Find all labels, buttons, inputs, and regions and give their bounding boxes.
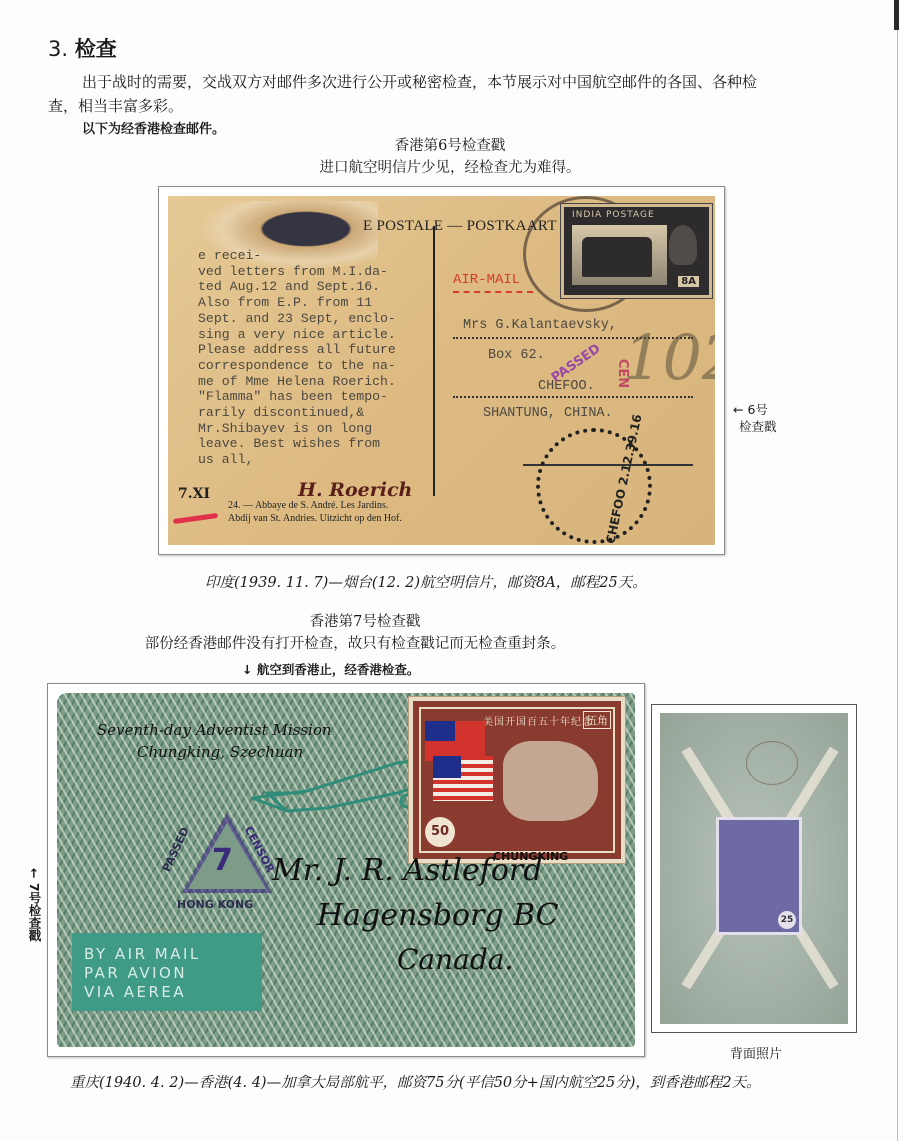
- recipient-line3: Canada.: [397, 943, 513, 976]
- item1-caption: 印度(1939. 11. 7)—烟台(12. 2)航空明信片，邮资8A，邮程25…: [205, 571, 647, 592]
- stamp-value: 50: [425, 817, 455, 847]
- stamp-denomination: 伍角: [583, 711, 611, 729]
- address-line2: Box 62.: [488, 348, 545, 363]
- intro-paragraph-line1: 出于战时的需要，交战双方对邮件多次进行公开或秘密检查，本节展示对中国航空邮件的各…: [48, 70, 848, 94]
- section-title: 3. 检查: [48, 33, 117, 63]
- hongkong-censor-7-mark: 7 PASSED CENSOR HONG KONG: [152, 803, 272, 913]
- postcard-signature: H. Roerich: [298, 479, 412, 501]
- back-postmark: [746, 741, 798, 785]
- airmail-label: BY AIR MAIL PAR AVION VIA AEREA: [72, 933, 262, 1011]
- recipient-line1: Mr. J. R. Astleford: [272, 853, 542, 888]
- section-number: 3.: [48, 37, 68, 61]
- address-line3: CHEFOO.: [538, 379, 595, 394]
- envelope-frame: Seventh-day Adventist Mission Chungking,…: [47, 683, 645, 1057]
- imprint-line1: 24. — Abbaye de S. André. Les Jardins.: [228, 499, 402, 512]
- back-stamp-value: 25: [778, 911, 796, 929]
- address-dotted-line: [453, 396, 693, 398]
- china-map-icon: [503, 741, 598, 821]
- note-line2: 检查戳: [733, 418, 777, 435]
- airmail-line1: BY AIR MAIL: [84, 945, 262, 964]
- king-portrait-icon: [669, 225, 697, 265]
- address-line1: Mrs G.Kalantaevsky,: [463, 318, 617, 333]
- postcard-message: e recei- ved letters from M.I.da- ted Au…: [198, 248, 438, 468]
- envelope-image: Seventh-day Adventist Mission Chungking,…: [57, 693, 635, 1047]
- censor-number: 7: [212, 843, 233, 878]
- item1-subheading: 进口航空明信片少见，经检查尤为难得。: [260, 157, 640, 179]
- item2-caption: 重庆(1940. 4. 2)—香港(4. 4)—加拿大局部航平，邮资75分(平信…: [70, 1071, 761, 1092]
- back-stamp: 25: [716, 817, 802, 935]
- pencil-note: 102: [623, 321, 715, 394]
- roc-flag-icon: [425, 721, 485, 761]
- back-photo-caption: 背面照片: [730, 1043, 782, 1062]
- item2-heading: 香港第7号检查戳: [250, 611, 480, 633]
- postmark-text: CHEFOO 2.12.39.16: [603, 413, 644, 545]
- item2-subheading: 部份经香港邮件没有打开检查，故只有检查戳记而无检查重封条。: [95, 633, 615, 655]
- sender-line1: Seventh-day Adventist Mission: [97, 721, 332, 739]
- censor-6-note: ← 6号 检查戳: [733, 401, 777, 435]
- india-stamp: INDIA POSTAGE 8A: [561, 204, 712, 298]
- postcard-imprint: 24. — Abbaye de S. André. Les Jardins. A…: [228, 499, 402, 525]
- note-line1: ← 6号: [733, 401, 777, 418]
- section-heading: 检查: [75, 37, 117, 61]
- stamp-label: INDIA POSTAGE: [572, 210, 655, 220]
- postcard-image: E POSTALE — POSTKAART e recei- ved lette…: [168, 196, 715, 545]
- red-crayon-mark: [173, 513, 218, 524]
- airmail-underline: [453, 291, 533, 293]
- us-flag-icon: [433, 756, 493, 801]
- mail-truck-icon: [582, 237, 652, 277]
- imprint-line2: Abdij van St. Andries. Uitzicht op den H…: [228, 512, 402, 525]
- recipient-line2: Hagensborg BC: [317, 898, 559, 933]
- intro-text: 出于战时的需要，交战双方对邮件多次进行公开或秘密检查，本节展示对中国航空邮件的各…: [48, 70, 848, 142]
- airmail-marking: AIR-MAIL: [453, 272, 520, 288]
- intro-paragraph-line2: 查，相当丰富多彩。: [48, 94, 848, 118]
- chefoo-postmark: CHEFOO 2.12.39.16: [536, 428, 652, 544]
- postcard-date-mark: 7.XI: [178, 486, 210, 502]
- back-photo-frame: 25: [651, 704, 857, 1033]
- stamp-value: 8A: [678, 276, 699, 287]
- item1-heading: 香港第6号检查戳: [280, 135, 620, 157]
- postcard-frame: E POSTALE — POSTKAART e recei- ved lette…: [158, 186, 725, 555]
- china-stamp: 美国开国百五十年纪念 伍角 50 CHUNGKING: [409, 697, 625, 863]
- page-edge-rule: [897, 0, 898, 1141]
- address-line4: SHANTUNG, CHINA.: [483, 406, 613, 421]
- censor-city: HONG KONG: [177, 898, 253, 911]
- flags-icon: [725, 894, 785, 922]
- route-note: ↓ 航空到香港止，经香港检查。: [242, 660, 419, 678]
- stamp-title: 美国开国百五十年纪念: [483, 713, 593, 728]
- back-photo-image: 25: [660, 713, 848, 1024]
- airmail-line3: VIA AEREA: [84, 983, 262, 1002]
- censor-7-note: ← 7号检查戳: [25, 868, 43, 942]
- airmail-line2: PAR AVION: [84, 964, 262, 983]
